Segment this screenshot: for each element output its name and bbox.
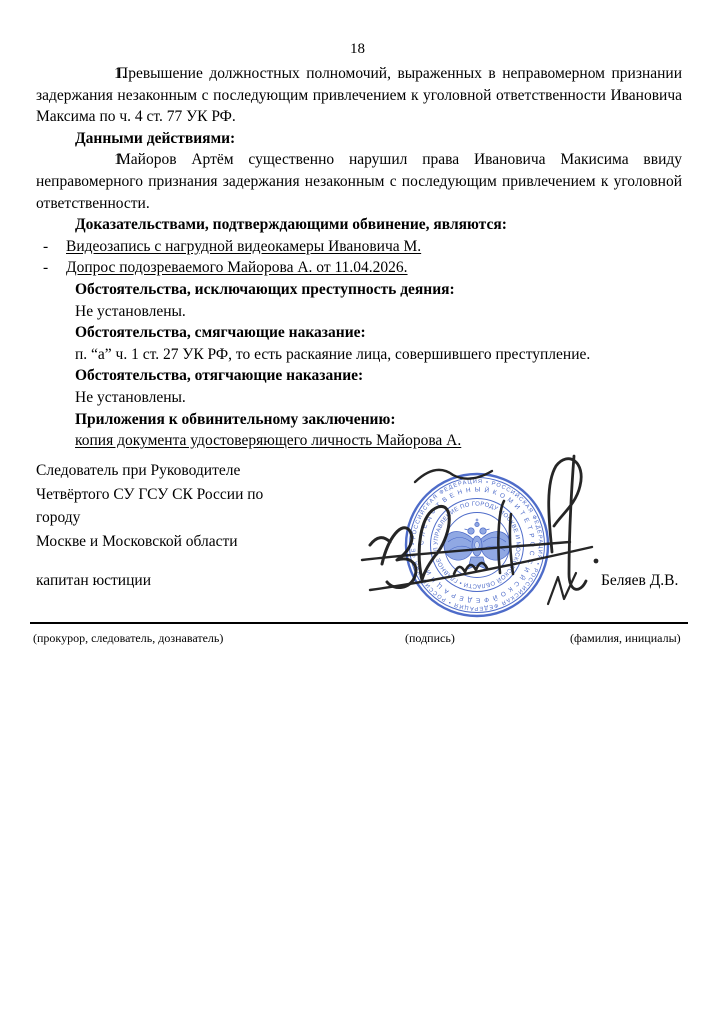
attachment-line: копия документа удостоверяющего личность… [36, 430, 682, 452]
list-dash: - [36, 236, 66, 258]
paragraph-text: Превышение должностных полномочий, выраж… [36, 65, 682, 125]
section-heading-text: Приложения к обвинительному заключению: [75, 411, 395, 428]
section-heading-text: Обстоятельства, отягчающие наказание: [75, 367, 363, 384]
paragraph-number: 1. [75, 63, 117, 85]
paragraph-number: 1. [75, 149, 117, 171]
list-dash: - [36, 257, 66, 279]
section-heading: Данными действиями: [36, 128, 682, 150]
paragraph-text: Майоров Артём существенно нарушил права … [36, 151, 682, 211]
section-value: п. “а” ч. 1 ст. 27 УК РФ, то есть раская… [36, 344, 682, 366]
evidence-list-item: -Допрос подозреваемого Майорова А. от 11… [36, 257, 682, 279]
section-value-text: Не установлены. [75, 303, 186, 320]
section-value: Не установлены. [36, 387, 682, 409]
evidence-text: Допрос подозреваемого Майорова А. от 11.… [66, 257, 408, 279]
handwritten-signature-icon [352, 452, 652, 622]
section-heading: Приложения к обвинительному заключению: [36, 409, 682, 431]
footer-label-name: (фамилия, инициалы) [570, 631, 681, 646]
document-body: 1.Превышение должностных полномочий, выр… [36, 63, 682, 452]
section-heading-text: Обстоятельства, исключающих преступность… [75, 281, 455, 298]
section-value-text: Не установлены. [75, 389, 186, 406]
section-heading: Доказательствами, подтверждающими обвине… [36, 214, 682, 236]
section-value: Не установлены. [36, 301, 682, 323]
official-title-block: Следователь при Руководителе Четвёртого … [36, 459, 263, 553]
section-heading-text: Доказательствами, подтверждающими обвине… [75, 216, 507, 233]
attachment-text: копия документа удостоверяющего личность… [75, 432, 461, 449]
official-title-line: Москве и Московской области [36, 530, 263, 554]
section-heading-text: Обстоятельства, смягчающие наказание: [75, 324, 366, 341]
section-value-text: п. “а” ч. 1 ст. 27 УК РФ, то есть раская… [75, 346, 590, 363]
document-page: 18 1.Превышение должностных полномочий, … [0, 0, 715, 1011]
official-title-line: Следователь при Руководителе [36, 459, 263, 483]
evidence-list-item: -Видеозапись с нагрудной видеокамеры Ива… [36, 236, 682, 258]
official-title-line: городу [36, 506, 263, 530]
section-heading: Обстоятельства, смягчающие наказание: [36, 322, 682, 344]
section-heading-text: Данными действиями: [75, 130, 235, 147]
page-number: 18 [0, 41, 715, 58]
section-heading: Обстоятельства, отягчающие наказание: [36, 365, 682, 387]
footer-label-signature: (подпись) [405, 631, 455, 646]
section-heading: Обстоятельства, исключающих преступность… [36, 279, 682, 301]
signature-separator-line [30, 622, 688, 624]
official-rank: капитан юстиции [36, 572, 151, 590]
official-title-line: Четвёртого СУ ГСУ СК России по [36, 483, 263, 507]
paragraph: 1.Майоров Артём существенно нарушил прав… [36, 149, 682, 214]
paragraph: 1.Превышение должностных полномочий, выр… [36, 63, 682, 128]
evidence-text: Видеозапись с нагрудной видеокамеры Иван… [66, 236, 421, 258]
footer-label-official: (прокурор, следователь, дознаватель) [33, 631, 223, 646]
